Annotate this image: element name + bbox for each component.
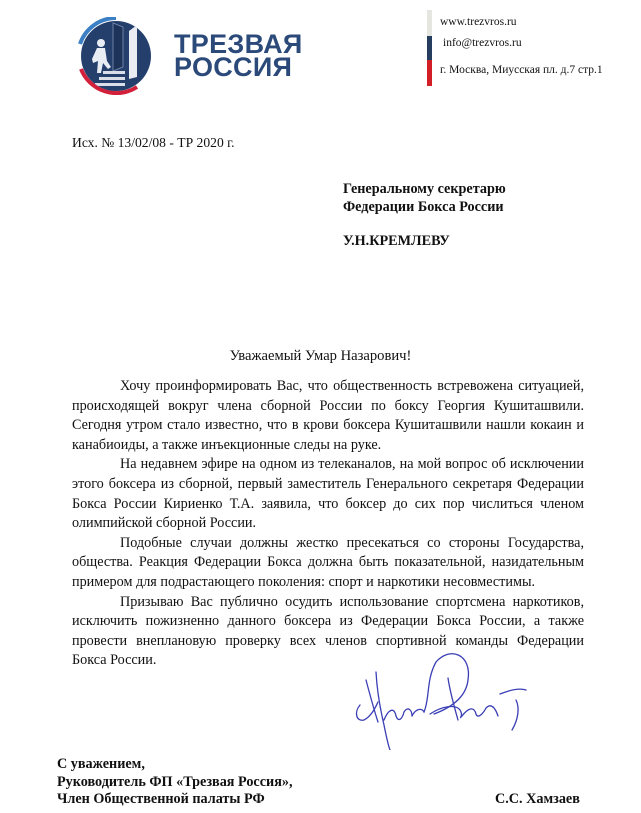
contact-website[interactable]: www.trezvros.ru xyxy=(440,16,517,28)
paragraph: На недавнем эфире на одном из телеканало… xyxy=(72,455,584,533)
closing-regards: С уважением, xyxy=(57,756,293,774)
contact-email[interactable]: info@trezvros.ru xyxy=(443,37,522,49)
paragraph: Подобные случаи должны жестко пресекатьс… xyxy=(72,534,584,593)
outgoing-reference-number: Исх. № 13/02/08 - ТР 2020 г. xyxy=(72,135,235,151)
signer-name: С.С. Хамзаев xyxy=(495,791,580,808)
letter-body: Хочу проинформировать Вас, что обществен… xyxy=(72,377,584,671)
contact-bar-light xyxy=(427,10,432,36)
closing-block: С уважением, Руководитель ФП «Трезвая Ро… xyxy=(57,756,293,809)
addressee-organization: Федерации Бокса России xyxy=(343,199,504,216)
logo-emblem-icon xyxy=(77,17,155,95)
contact-address: г. Москва, Миусская пл. д.7 стр.1 xyxy=(440,64,603,76)
contact-bar-blue xyxy=(427,36,432,60)
contact-bar-red xyxy=(427,60,432,86)
addressee-title: Генеральному секретарю xyxy=(343,181,506,198)
closing-membership: Член Общественной палаты РФ xyxy=(57,791,293,809)
logo-wordmark: ТРЕЗВАЯ РОССИЯ xyxy=(174,33,303,79)
handwritten-signature-icon xyxy=(350,650,580,750)
closing-position: Руководитель ФП «Трезвая Россия», xyxy=(57,774,293,792)
salutation: Уважаемый Умар Назарович! xyxy=(0,348,641,365)
addressee-name: У.Н.КРЕМЛЕВУ xyxy=(343,233,450,250)
logo-line-2: РОССИЯ xyxy=(174,56,303,79)
paragraph: Хочу проинформировать Вас, что обществен… xyxy=(72,377,584,455)
